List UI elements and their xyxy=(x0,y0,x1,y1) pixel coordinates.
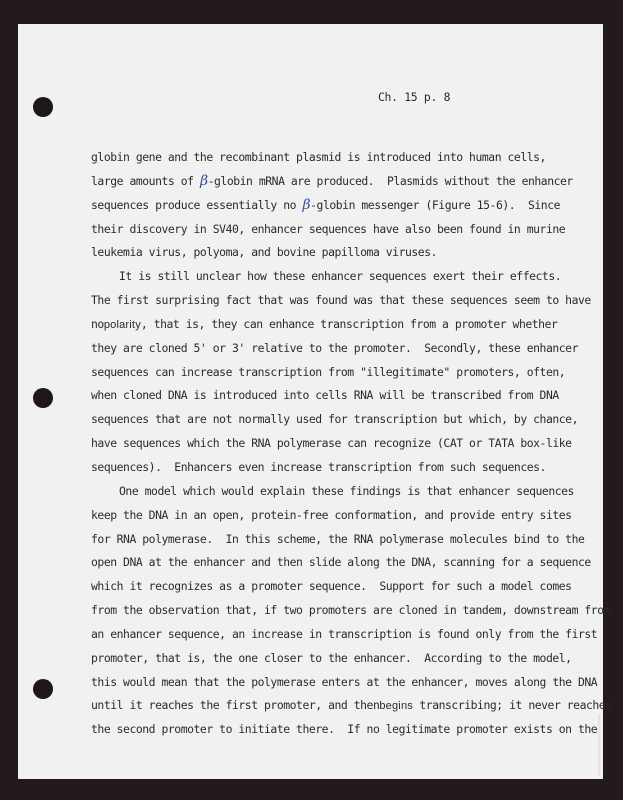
text-line: promoter, that is, the one closer to the… xyxy=(91,647,571,671)
text-line-indented: It is still unclear how these enhancer s… xyxy=(91,265,571,289)
text-line: until it reaches the first promoter, and… xyxy=(91,694,571,718)
text-segment: transcribing; it never reaches xyxy=(413,698,612,712)
inserted-word: polarity xyxy=(104,319,141,331)
inserted-word: begins xyxy=(379,700,413,712)
text-line: an enhancer sequence, an increase in tra… xyxy=(91,623,571,647)
page-header: Ch. 15 p. 8 xyxy=(378,90,450,104)
text-line: nopolarity, that is, they can enhance tr… xyxy=(91,313,571,337)
text-line: the second promoter to initiate there. I… xyxy=(91,718,571,742)
text-line: large amounts of β-globin mRNA are produ… xyxy=(91,170,571,194)
text-line-indented: One model which would explain these find… xyxy=(91,480,571,504)
text-line: sequences can increase transcription fro… xyxy=(91,361,571,385)
text-line: open DNA at the enhancer and then slide … xyxy=(91,551,571,575)
punch-hole-top xyxy=(33,97,53,117)
handwritten-beta-symbol: β xyxy=(200,173,208,189)
text-line: globin gene and the recombinant plasmid … xyxy=(91,146,571,170)
text-line: have sequences which the RNA polymerase … xyxy=(91,432,571,456)
text-line: this would mean that the polymerase ente… xyxy=(91,671,571,695)
text-line: their discovery in SV40, enhancer sequen… xyxy=(91,218,571,242)
punch-hole-bottom xyxy=(33,679,53,699)
text-segment: -globin messenger (Figure 15-6). Since xyxy=(310,198,560,212)
text-line: for RNA polymerase. In this scheme, the … xyxy=(91,528,571,552)
text-segment: large amounts of xyxy=(91,174,200,188)
text-line: they are cloned 5' or 3' relative to the… xyxy=(91,337,571,361)
text-line: sequences). Enhancers even increase tran… xyxy=(91,456,571,480)
handwritten-beta-symbol: β xyxy=(302,197,310,213)
page-edge-shadow xyxy=(598,714,600,776)
text-line: keep the DNA in an open, protein-free co… xyxy=(91,504,571,528)
text-segment: -globin mRNA are produced. Plasmids with… xyxy=(208,174,573,188)
text-segment: , that is, they can enhance transcriptio… xyxy=(141,317,558,331)
text-line: sequences that are not normally used for… xyxy=(91,408,571,432)
text-line: leukemia virus, polyoma, and bovine papi… xyxy=(91,241,571,265)
text-line: when cloned DNA is introduced into cells… xyxy=(91,384,571,408)
text-line: which it recognizes as a promoter sequen… xyxy=(91,575,571,599)
punch-hole-middle xyxy=(33,388,53,408)
text-line: sequences produce essentially no β-globi… xyxy=(91,194,571,218)
text-line: from the observation that, if two promot… xyxy=(91,599,571,623)
document-page: Ch. 15 p. 8 globin gene and the recombin… xyxy=(18,24,603,779)
text-segment: until it reaches the first promoter, and… xyxy=(91,698,379,712)
text-line: The first surprising fact that was found… xyxy=(91,289,571,313)
text-segment: no xyxy=(91,317,104,331)
text-segment: sequences produce essentially no xyxy=(91,198,302,212)
body-text: globin gene and the recombinant plasmid … xyxy=(91,146,571,742)
